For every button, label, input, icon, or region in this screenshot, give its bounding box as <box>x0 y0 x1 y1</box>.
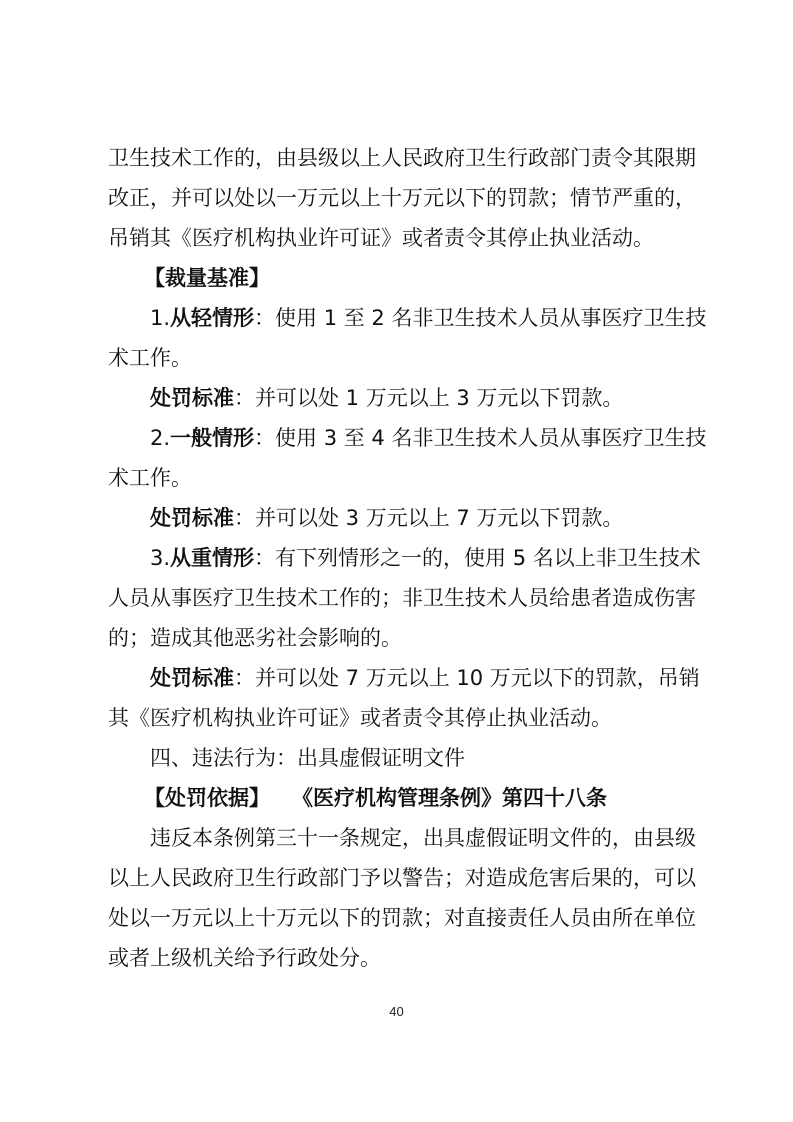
tier-description-continued: 人员从事医疗卫生技术工作的；非卫生技术人员给患者造成伤害 <box>108 578 692 618</box>
tier-number: 1. <box>150 306 170 330</box>
paragraph-line: 改正，并可以处以一万元以上十万元以下的罚款；情节严重的， <box>108 178 692 218</box>
tier-description: ：有下列情形之一的，使用 5 名以上非卫生技术 <box>254 546 701 570</box>
tier-label: 一般情形 <box>170 426 254 450</box>
penalty-basis: 【处罚依据】《医疗机构管理条例》第四十八条 <box>108 778 692 818</box>
tier-description-continued: 术工作。 <box>108 458 692 498</box>
paragraph-line: 卫生技术工作的，由县级以上人民政府卫生行政部门责令其限期 <box>108 138 692 178</box>
tier-1-description: 1.从轻情形：使用 1 至 2 名非卫生技术人员从事医疗卫生技 <box>108 298 692 338</box>
tier-description-continued: 术工作。 <box>108 338 692 378</box>
tier-3-penalty: 处罚标准：并可以处 7 万元以上 10 万元以下的罚款，吊销 <box>108 658 692 698</box>
tier-label: 从轻情形 <box>170 306 254 330</box>
penalty-text-continued: 其《医疗机构执业许可证》或者责令其停止执业活动。 <box>108 698 692 738</box>
discretion-heading: 【裁量基准】 <box>108 258 692 298</box>
document-page: 卫生技术工作的，由县级以上人民政府卫生行政部门责令其限期 改正，并可以处以一万元… <box>108 138 692 978</box>
paragraph-line: 处以一万元以上十万元以下的罚款；对直接责任人员由所在单位 <box>108 898 692 938</box>
penalty-label: 处罚标准 <box>150 506 234 530</box>
paragraph-line: 或者上级机关给予行政处分。 <box>108 938 692 978</box>
basis-text: 《医疗机构管理条例》第四十八条 <box>292 786 607 810</box>
tier-2-penalty: 处罚标准：并可以处 3 万元以上 7 万元以下罚款。 <box>108 498 692 538</box>
tier-description-continued: 的；造成其他恶劣社会影响的。 <box>108 618 692 658</box>
penalty-label: 处罚标准 <box>150 666 234 690</box>
tier-description: ：使用 3 至 4 名非卫生技术人员从事医疗卫生技 <box>254 426 706 450</box>
page-number: 40 <box>0 1004 793 1019</box>
paragraph-line: 吊销其《医疗机构执业许可证》或者责令其停止执业活动。 <box>108 218 692 258</box>
tier-description: ：使用 1 至 2 名非卫生技术人员从事医疗卫生技 <box>254 306 706 330</box>
paragraph-line: 违反本条例第三十一条规定，出具虚假证明文件的，由县级 <box>108 818 692 858</box>
paragraph-line: 以上人民政府卫生行政部门予以警告；对造成危害后果的，可以 <box>108 858 692 898</box>
tier-number: 2. <box>150 426 170 450</box>
penalty-label: 处罚标准 <box>150 386 234 410</box>
tier-label: 从重情形 <box>170 546 254 570</box>
penalty-text: ：并可以处 1 万元以上 3 万元以下罚款。 <box>234 386 623 410</box>
section-4-title: 四、违法行为：出具虚假证明文件 <box>108 738 692 778</box>
tier-1-penalty: 处罚标准：并可以处 1 万元以上 3 万元以下罚款。 <box>108 378 692 418</box>
tier-3-description: 3.从重情形：有下列情形之一的，使用 5 名以上非卫生技术 <box>108 538 692 578</box>
tier-2-description: 2.一般情形：使用 3 至 4 名非卫生技术人员从事医疗卫生技 <box>108 418 692 458</box>
basis-label: 【处罚依据】 <box>144 786 270 810</box>
tier-number: 3. <box>150 546 170 570</box>
penalty-text: ：并可以处 3 万元以上 7 万元以下罚款。 <box>234 506 623 530</box>
penalty-text: ：并可以处 7 万元以上 10 万元以下的罚款，吊销 <box>234 666 700 690</box>
